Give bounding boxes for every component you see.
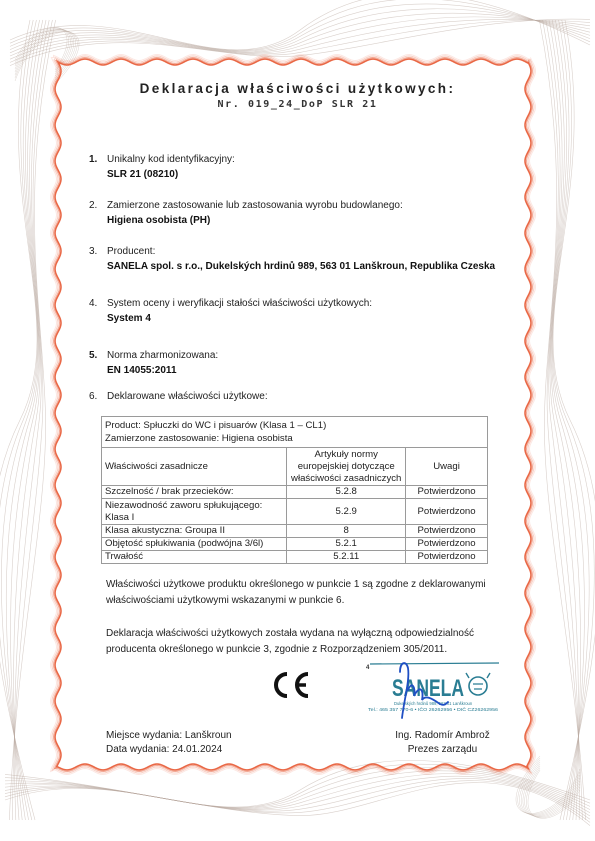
item-value: System 4 xyxy=(107,312,151,326)
product-line: Product: Spłuczki do WC i pisuarów (Klas… xyxy=(105,419,484,432)
table-product-row: Product: Spłuczki do WC i pisuarów (Klas… xyxy=(102,417,488,448)
item-value: Higiena osobista (PH) xyxy=(107,214,210,228)
document-title: Deklaracja właściwości użytkowych: xyxy=(0,81,595,96)
table-cell: Potwierdzono xyxy=(406,525,488,538)
table-cell: 5.2.11 xyxy=(287,551,406,564)
table-row: Trwałość 5.2.11 Potwierdzono xyxy=(102,551,488,564)
signatory-role: Prezes zarządu xyxy=(380,743,505,757)
table-cell: 5.2.9 xyxy=(287,499,406,525)
item-label: Producent: xyxy=(107,245,155,259)
item-value: EN 14055:2011 xyxy=(107,364,177,378)
table-row: Objętość spłukiwania (podwójna 3/6l) 5.2… xyxy=(102,538,488,551)
item-label: System oceny i weryfikacji stałości właś… xyxy=(107,297,372,311)
table-cell: 5.2.1 xyxy=(287,538,406,551)
signatory-block: Ing. Radomír Ambrož Prezes zarządu xyxy=(380,729,505,757)
item-label: Norma zharmonizowana: xyxy=(107,349,218,363)
item-value: SANELA spol. s r.o., Dukelských hrdinů 9… xyxy=(107,260,495,274)
column-header: Artykuły normy europejskiej dotyczące wł… xyxy=(287,448,406,486)
table-cell: 8 xyxy=(287,525,406,538)
table-cell: Potwierdzono xyxy=(406,538,488,551)
usage-line: Zamierzone zastosowanie: Higiena osobist… xyxy=(105,432,484,445)
item-number: 2. xyxy=(89,199,107,213)
item-value: SLR 21 (08210) xyxy=(107,168,178,182)
item-number: 5. xyxy=(89,349,107,363)
table-cell: Objętość spłukiwania (podwójna 3/6l) xyxy=(102,538,287,551)
column-header: Właściwości zasadnicze xyxy=(102,448,287,486)
issue-info: Miejsce wydania: Lanškroun Data wydania:… xyxy=(106,729,232,757)
document-number: Nr. 019_24_DoP SLR 21 xyxy=(0,99,595,110)
table-cell: Trwałość xyxy=(102,551,287,564)
conformity-statement: Właściwości użytkowe produktu określoneg… xyxy=(106,577,506,609)
table-row: Klasa akustyczna: Groupa II 8 Potwierdzo… xyxy=(102,525,488,538)
issue-place: Miejsce wydania: Lanškroun xyxy=(106,729,232,743)
item-number: 4. xyxy=(89,297,107,311)
table-cell: Klasa akustyczna: Groupa II xyxy=(102,525,287,538)
table-cell: 5.2.8 xyxy=(287,486,406,499)
item-label: Unikalny kod identyfikacyjny: xyxy=(107,153,235,167)
table-row: Szczelność / brak przecieków: 5.2.8 Potw… xyxy=(102,486,488,499)
company-stamp: 4 SANELA Dukelských hrdinů 989, 563 01 L… xyxy=(364,660,504,720)
stamp-index: 4 xyxy=(366,665,370,671)
column-header: Uwagi xyxy=(406,448,488,486)
item-number: 1. xyxy=(89,153,107,167)
stamp-contacts: Tel.: 465 357 770-6 • IČO 26262956 • DIČ… xyxy=(368,707,499,712)
table-row: Niezawodność zaworu spłukującego: Klasa … xyxy=(102,499,488,525)
signatory-name: Ing. Radomír Ambrož xyxy=(380,729,505,743)
ce-mark-icon xyxy=(269,670,311,700)
item-label: Deklarowane właściwości użytkowe: xyxy=(107,390,268,404)
declaration-page: Deklaracja właściwości użytkowych: Nr. 0… xyxy=(0,0,595,841)
table-cell: Niezawodność zaworu spłukującego: Klasa … xyxy=(102,499,287,525)
item-label: Zamierzone zastosowanie lub zastosowania… xyxy=(107,199,403,213)
issue-date: Data wydania: 24.01.2024 xyxy=(106,743,232,757)
table-header-row: Właściwości zasadnicze Artykuły normy eu… xyxy=(102,448,488,486)
declared-performance-table: Product: Spłuczki do WC i pisuarów (Klas… xyxy=(101,416,488,564)
responsibility-statement: Deklaracja właściwości użytkowych został… xyxy=(106,626,506,658)
table-cell: Potwierdzono xyxy=(406,499,488,525)
bull-logo-icon xyxy=(466,673,490,695)
table-cell: Potwierdzono xyxy=(406,486,488,499)
table-cell: Potwierdzono xyxy=(406,551,488,564)
stamp-address: Dukelských hrdinů 989, 563 01 Lanškroun xyxy=(394,701,473,706)
product-cell: Product: Spłuczki do WC i pisuarów (Klas… xyxy=(102,417,488,448)
item-number: 3. xyxy=(89,245,107,259)
table-cell: Szczelność / brak przecieków: xyxy=(102,486,287,499)
item-number: 6. xyxy=(89,390,107,404)
